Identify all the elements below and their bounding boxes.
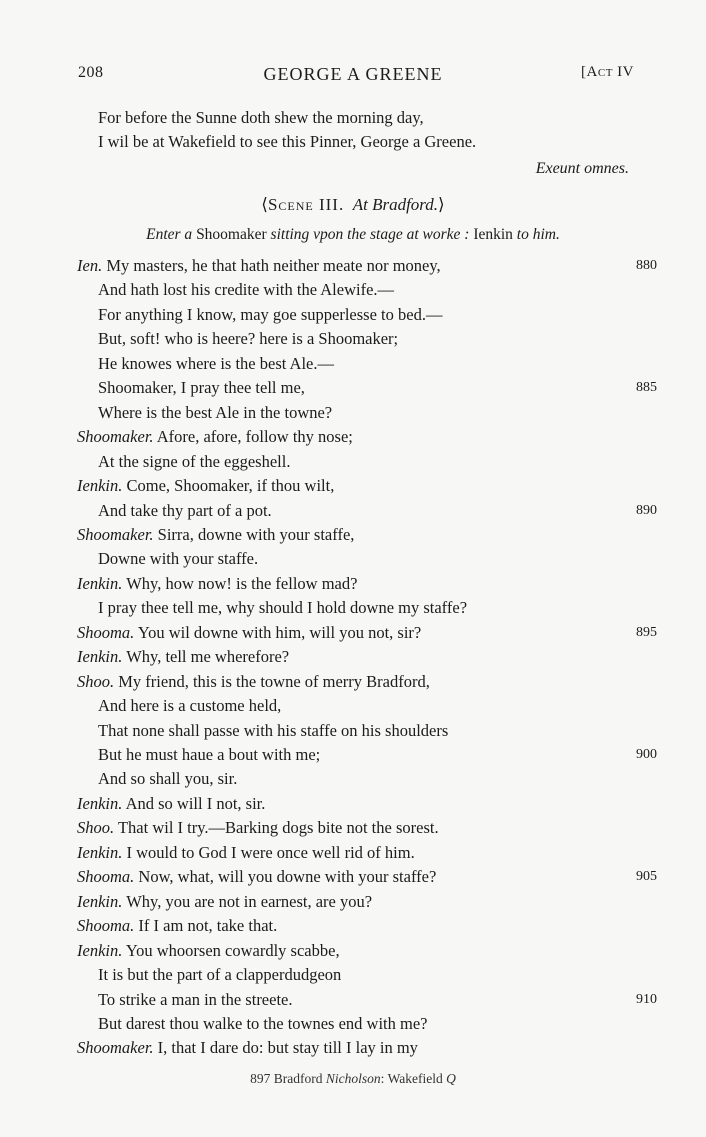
footnote-ref: 897 Bradford (250, 1071, 322, 1086)
line-content: For anything I know, may goe supperlesse… (98, 303, 442, 327)
footnote-variant: Wakefield (388, 1071, 443, 1086)
line-text: My friend, this is the towne of merry Br… (118, 672, 430, 691)
dialogue-line: At the signe of the eggeshell. (0, 450, 706, 474)
line-text: That none shall passe with his staffe on… (98, 721, 448, 740)
line-text: You wil downe with him, will you not, si… (138, 623, 421, 642)
line-content: Ienkin. You whoorsen cowardly scabbe, (77, 939, 340, 963)
dialogue-line: But he must haue a bout with me;900 (0, 743, 706, 767)
line-text: I, that I dare do: but stay till I lay i… (158, 1038, 418, 1057)
dialogue-line: But, soft! who is heere? here is a Shoom… (0, 327, 706, 351)
line-number: 885 (636, 376, 657, 400)
speaker-name: Shoomaker. (77, 525, 154, 544)
line-text: And hath lost his credite with the Alewi… (98, 280, 394, 299)
speaker-name: Shoomaker. (77, 427, 154, 446)
line-number: 910 (636, 988, 657, 1012)
line-content: To strike a man in the streete. (98, 988, 293, 1012)
line-content: Shoomaker. Afore, afore, follow thy nose… (77, 425, 353, 449)
sd-character: Ienkin (469, 226, 516, 243)
line-content: Shoomaker. I, that I dare do: but stay t… (77, 1036, 418, 1060)
dialogue-line: And hath lost his credite with the Alewi… (0, 278, 706, 302)
scene-heading: ⟨Scene III. At Bradford.⟩ (0, 195, 706, 215)
footnote: 897 Bradford Nicholson: Wakefield Q (0, 1071, 706, 1087)
dialogue-line: Shoomaker. Sirra, downe with your staffe… (0, 523, 706, 547)
speaker-name: Shooma. (77, 623, 134, 642)
dialogue-line: Where is the best Ale in the towne? (0, 401, 706, 425)
dialogue-line: Shoomaker. I, that I dare do: but stay t… (0, 1036, 706, 1060)
dialogue-line: Ien. My masters, he that hath neither me… (0, 254, 706, 278)
line-content: Ienkin. And so will I not, sir. (77, 792, 265, 816)
sd-enter: Enter a (146, 226, 192, 243)
line-text: And so shall you, sir. (98, 769, 237, 788)
line-text: I would to God I were once well rid of h… (126, 843, 414, 862)
dialogue-line: Ienkin. Why, how now! is the fellow mad? (0, 572, 706, 596)
speaker-name: Ienkin. (77, 476, 122, 495)
sd-to-him: to him. (517, 226, 560, 243)
dialogue-line: It is but the part of a clapperdudgeon (0, 963, 706, 987)
scene-location: At Bradford. (353, 195, 438, 214)
book-page: 208 GEORGE A GREENE [Act IV For before t… (0, 0, 706, 1137)
line-content: But he must haue a bout with me; (98, 743, 320, 767)
dialogue-line: Downe with your staffe. (0, 547, 706, 571)
line-content: And here is a custome held, (98, 694, 281, 718)
line-content: Shooma. Now, what, will you downe with y… (77, 865, 436, 889)
line-content: Ien. My masters, he that hath neither me… (77, 254, 441, 278)
line-text: I pray thee tell me, why should I hold d… (98, 598, 467, 617)
line-number: 900 (636, 743, 657, 767)
sd-character: Shoomaker (192, 226, 270, 243)
line-content: Ienkin. Come, Shoomaker, if thou wilt, (77, 474, 334, 498)
line-text: Shoomaker, I pray thee tell me, (98, 378, 305, 397)
dialogue-line: Shoo. My friend, this is the towne of me… (0, 670, 706, 694)
footnote-source: Nicholson (326, 1071, 381, 1086)
line-content: Ienkin. Why, you are not in earnest, are… (77, 890, 372, 914)
line-text: But, soft! who is heere? here is a Shoom… (98, 329, 398, 348)
line-text: For before the Sunne doth shew the morni… (98, 106, 424, 130)
dialogue-line: And take thy part of a pot.890 (0, 499, 706, 523)
dialogue-line: Shooma. If I am not, take that. (0, 914, 706, 938)
footnote-quarto: Q (446, 1071, 456, 1086)
line-content: And so shall you, sir. (98, 767, 237, 791)
line-text: Now, what, will you downe with your staf… (138, 867, 436, 886)
dialogue-line: Ienkin. Why, tell me wherefore? (0, 645, 706, 669)
dialogue-line: Shooma. You wil downe with him, will you… (0, 621, 706, 645)
line-text: And take thy part of a pot. (98, 501, 272, 520)
line-text: Why, tell me wherefore? (126, 647, 289, 666)
sd-action: sitting vpon the stage at worke : (271, 226, 470, 243)
line-text: At the signe of the eggeshell. (98, 452, 290, 471)
line-number: 895 (636, 621, 657, 645)
line-text: And here is a custome held, (98, 696, 281, 715)
speaker-name: Ienkin. (77, 574, 122, 593)
speaker-name: Ien. (77, 256, 102, 275)
act-marker: [Act IV (581, 64, 634, 81)
line-content: At the signe of the eggeshell. (98, 450, 290, 474)
speaker-name: Ienkin. (77, 892, 122, 911)
line-content: But, soft! who is heere? here is a Shoom… (98, 327, 398, 351)
line-content: That none shall passe with his staffe on… (98, 719, 448, 743)
dialogue-line: And here is a custome held, (0, 694, 706, 718)
speaker-name: Ienkin. (77, 843, 122, 862)
dialogue-line: To strike a man in the streete.910 (0, 988, 706, 1012)
line-text: Sirra, downe with your staffe, (158, 525, 355, 544)
dialogue-line: Ienkin. Come, Shoomaker, if thou wilt, (0, 474, 706, 498)
line-content: It is but the part of a clapperdudgeon (98, 963, 341, 987)
line-number: 880 (636, 254, 657, 278)
line-content: But darest thou walke to the townes end … (98, 1012, 427, 1036)
line-content: And take thy part of a pot. (98, 499, 272, 523)
dialogue-line: Shoomaker. Afore, afore, follow thy nose… (0, 425, 706, 449)
line-text: Where is the best Ale in the towne? (98, 403, 332, 422)
line-content: Shoo. That wil I try.—Barking dogs bite … (77, 816, 439, 840)
speaker-name: Shooma. (77, 867, 134, 886)
dialogue-line: Ienkin. You whoorsen cowardly scabbe, (0, 939, 706, 963)
speaker-name: Shoomaker. (77, 1038, 154, 1057)
line-content: Where is the best Ale in the towne? (98, 401, 332, 425)
line-text: And so will I not, sir. (126, 794, 266, 813)
scene-label: Scene III. (268, 195, 344, 214)
dialogue-line: He knowes where is the best Ale.— (0, 352, 706, 376)
line-text: To strike a man in the streete. (98, 990, 293, 1009)
line-content: Shoomaker. Sirra, downe with your staffe… (77, 523, 354, 547)
line-text: My masters, he that hath neither meate n… (106, 256, 440, 275)
dialogue-line: Shoomaker, I pray thee tell me,885 (0, 376, 706, 400)
dialogue-line: Shooma. Now, what, will you downe with y… (0, 865, 706, 889)
line-content: Downe with your staffe. (98, 547, 258, 571)
dialogue-line: But darest thou walke to the townes end … (0, 1012, 706, 1036)
dialogue-line: And so shall you, sir. (0, 767, 706, 791)
line-text: But darest thou walke to the townes end … (98, 1014, 427, 1033)
line-text: Why, how now! is the fellow mad? (126, 574, 357, 593)
line-content: I pray thee tell me, why should I hold d… (98, 596, 467, 620)
verse-line: For before the Sunne doth shew the morni… (0, 106, 706, 130)
footnote-sep: : (381, 1071, 388, 1086)
line-text: Why, you are not in earnest, are you? (126, 892, 372, 911)
line-text: Afore, afore, follow thy nose; (157, 427, 353, 446)
dialogue-line: Ienkin. I would to God I were once well … (0, 841, 706, 865)
dialogue-line: Ienkin. Why, you are not in earnest, are… (0, 890, 706, 914)
speaker-name: Shoo. (77, 818, 114, 837)
line-text: That wil I try.—Barking dogs bite not th… (118, 818, 439, 837)
dialogue-line: Shoo. That wil I try.—Barking dogs bite … (0, 816, 706, 840)
speaker-name: Ienkin. (77, 794, 122, 813)
speaker-name: Shooma. (77, 916, 134, 935)
speaker-name: Ienkin. (77, 647, 122, 666)
line-content: Ienkin. I would to God I were once well … (77, 841, 415, 865)
line-content: Shoomaker, I pray thee tell me, (98, 376, 305, 400)
line-text: For anything I know, may goe supperlesse… (98, 305, 442, 324)
exit-direction: Exeunt omnes. (536, 160, 629, 178)
line-number: 890 (636, 499, 657, 523)
line-number: 905 (636, 865, 657, 889)
dialogue-line: I pray thee tell me, why should I hold d… (0, 596, 706, 620)
angle-close: ⟩ (438, 195, 445, 214)
speaker-name: Ienkin. (77, 941, 122, 960)
line-content: Shooma. You wil downe with him, will you… (77, 621, 421, 645)
verse-line: I wil be at Wakefield to see this Pinner… (0, 130, 706, 154)
line-text: He knowes where is the best Ale.— (98, 354, 334, 373)
line-content: He knowes where is the best Ale.— (98, 352, 334, 376)
line-text: You whoorsen cowardly scabbe, (126, 941, 340, 960)
line-text: If I am not, take that. (138, 916, 277, 935)
speaker-name: Shoo. (77, 672, 114, 691)
dialogue-line: For anything I know, may goe supperlesse… (0, 303, 706, 327)
line-content: Shooma. If I am not, take that. (77, 914, 277, 938)
act-label: [Act IV (581, 64, 634, 80)
line-text: But he must haue a bout with me; (98, 745, 320, 764)
angle-open: ⟨ (261, 195, 268, 214)
line-content: And hath lost his credite with the Alewi… (98, 278, 394, 302)
line-text: Come, Shoomaker, if thou wilt, (126, 476, 334, 495)
line-text: I wil be at Wakefield to see this Pinner… (98, 130, 476, 154)
line-content: Ienkin. Why, tell me wherefore? (77, 645, 289, 669)
stage-direction: Enter a Shoomaker sitting vpon the stage… (0, 226, 706, 244)
line-content: Shoo. My friend, this is the towne of me… (77, 670, 430, 694)
line-text: Downe with your staffe. (98, 549, 258, 568)
line-text: It is but the part of a clapperdudgeon (98, 965, 341, 984)
dialogue-line: Ienkin. And so will I not, sir. (0, 792, 706, 816)
line-content: Ienkin. Why, how now! is the fellow mad? (77, 572, 357, 596)
dialogue-line: That none shall passe with his staffe on… (0, 719, 706, 743)
